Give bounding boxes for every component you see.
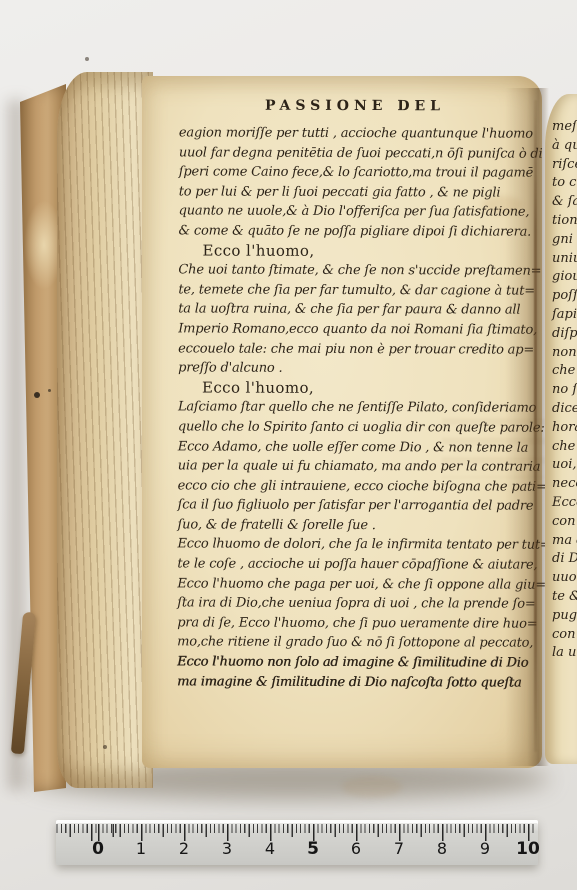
text-line-fragment: di Di — [552, 550, 577, 569]
text-line-fragment: con — [552, 626, 577, 645]
left-page: PASSIONE DEL eagion moriſſe per tutti , … — [142, 76, 542, 768]
text-line-fragment: giou m — [552, 268, 577, 287]
text-line-fragment: no ſe — [552, 381, 577, 400]
left-page-text: PASSIONE DEL eagion moriſſe per tutti , … — [177, 95, 531, 692]
text-line: Ecco Adamo, che uolle eſſer come Dio , &… — [178, 437, 530, 458]
text-line: uia per la quale ui fu chiamato, ma ando… — [178, 456, 530, 477]
text-line: quello che lo Spirito ſanto ci uoglia di… — [178, 417, 530, 438]
text-line-fragment: che a — [552, 362, 577, 381]
text-line-fragment: à quelc — [552, 137, 577, 156]
text-line: te le coſe , accioche ui poſſa hauer cōp… — [177, 554, 529, 575]
text-line: ecco cio che gli intrauiene, ecco cioche… — [178, 476, 530, 497]
text-line-fragment: ma d — [552, 532, 577, 551]
ruler-number: 1 — [136, 839, 146, 858]
ruler-number: 6 — [351, 839, 361, 858]
right-page-text: meſtituà quelcriſce P.to cibo& ſalution … — [552, 118, 577, 663]
text-line-fragment: poſſa ſ — [552, 287, 577, 306]
ruler: 012345678910 — [56, 820, 538, 865]
text-line-fragment: con t — [552, 513, 577, 532]
text-line-fragment: hora — [552, 419, 577, 438]
ruler-number: 10 — [516, 839, 540, 859]
right-page: meſtituà quelcriſce P.to cibo& ſalution … — [545, 94, 577, 764]
text-line: Laſciamo ſtar quello che ne ſentiſſe Pil… — [178, 398, 530, 419]
text-line: Che uoi tanto ſtimate, & che ſe non s'uc… — [178, 261, 530, 282]
text-line: ta la uoſtra ruina, & che ſia per far pa… — [178, 300, 530, 321]
text-line: preſſo d'alcuno . — [178, 359, 530, 380]
text-line: pra di ſe, Ecco l'huomo, che ſi puo uera… — [177, 613, 529, 634]
text-line-fragment: gni ber — [552, 231, 577, 250]
gutter-shadow — [505, 88, 549, 766]
text-line-fragment: diſpre — [552, 325, 577, 344]
text-line: ſta ira di Dio,che ueniua ſopra di uoi ,… — [177, 594, 529, 615]
foxing-spot — [342, 776, 402, 798]
ruler-number: 4 — [265, 839, 275, 858]
ruler-number: 3 — [222, 839, 232, 858]
text-line: mo,che ritiene il grado ſuo & nō ſi ſott… — [177, 633, 529, 654]
ruler-number: 0 — [92, 839, 104, 859]
text-line: quanto ne uuole,& à Dio l'offeriſca per … — [179, 202, 531, 223]
fore-edge-page-stack — [57, 72, 153, 788]
text-line-fragment: pug — [552, 607, 577, 626]
text-line: te, temete che ſia per far tumulto, & da… — [178, 280, 530, 301]
ink-speck — [48, 389, 51, 392]
text-line-fragment: Ecco — [552, 494, 577, 513]
text-line-fragment: meſtitu — [552, 118, 577, 137]
ruler-number: 2 — [179, 839, 189, 858]
text-line: ma imagine & ſimilitudine di Dio naſcoſt… — [177, 672, 529, 693]
section-heading: Ecco l'huomo, — [178, 378, 530, 399]
text-line-fragment: dice, — [552, 400, 577, 419]
text-line: ſperi come Caino fece,& lo ſcariotto,ma … — [179, 163, 531, 184]
text-line: Ecco l'huomo che paga per uoi, & che ſi … — [177, 574, 529, 595]
text-line: Ecco lhuomo de dolori, che ſa le infirmi… — [177, 535, 529, 556]
text-line: Ecco l'huomo non ſolo ad imagine & ſimil… — [177, 652, 529, 673]
text-line: eccouelo tale: che mai piu non è per tro… — [178, 339, 530, 360]
text-line: & come & quāto ſe ne poſſa pigliare dipo… — [179, 221, 531, 242]
gutter-crease — [534, 100, 537, 752]
ink-speck — [85, 57, 89, 61]
text-line-fragment: che u — [552, 438, 577, 457]
text-line: ſca il ſuo figliuolo per ſatisfar per l'… — [178, 496, 530, 517]
ink-speck — [34, 392, 40, 398]
ruler-number: 8 — [437, 839, 447, 858]
text-line: Imperio Romano,ecco quanto da noi Romani… — [178, 319, 530, 340]
text-line-fragment: tion de — [552, 212, 577, 231]
text-line-fragment: ſapien — [552, 306, 577, 325]
ruler-number: 5 — [307, 839, 319, 859]
ruler-number: 7 — [394, 839, 404, 858]
text-line-fragment: riſce P. — [552, 156, 577, 175]
text-line: eagion moriſſe per tutti , accioche quan… — [179, 123, 531, 144]
text-line-fragment: la u — [552, 644, 577, 663]
photo-backdrop: { "colors": { "backdrop": "#e9e7e4", "pa… — [0, 0, 577, 890]
text-line: uuol far degna penitētia de ſuoi peccati… — [179, 143, 531, 164]
text-line: to per lui & per li ſuoi peccati gia fat… — [179, 182, 531, 203]
text-line-fragment: uuol — [552, 569, 577, 588]
text-line-fragment: uoi, c — [552, 456, 577, 475]
ruler-number: 9 — [480, 839, 490, 858]
section-heading: Ecco l'huomo, — [178, 241, 530, 262]
text-line-fragment: uniuerſ — [552, 250, 577, 269]
text-line-fragment: & ſalu — [552, 193, 577, 212]
text-line: ſuo, & de fratelli & ſorelle ſue . — [178, 515, 530, 536]
ink-speck — [103, 745, 107, 749]
text-line-fragment: te & — [552, 588, 577, 607]
text-line-fragment: to cibo — [552, 174, 577, 193]
text-line-fragment: non a — [552, 344, 577, 363]
ruler-centimeter-ticks — [56, 824, 536, 841]
text-line-fragment: neceſſ — [552, 475, 577, 494]
running-header: PASSIONE DEL — [179, 95, 531, 116]
